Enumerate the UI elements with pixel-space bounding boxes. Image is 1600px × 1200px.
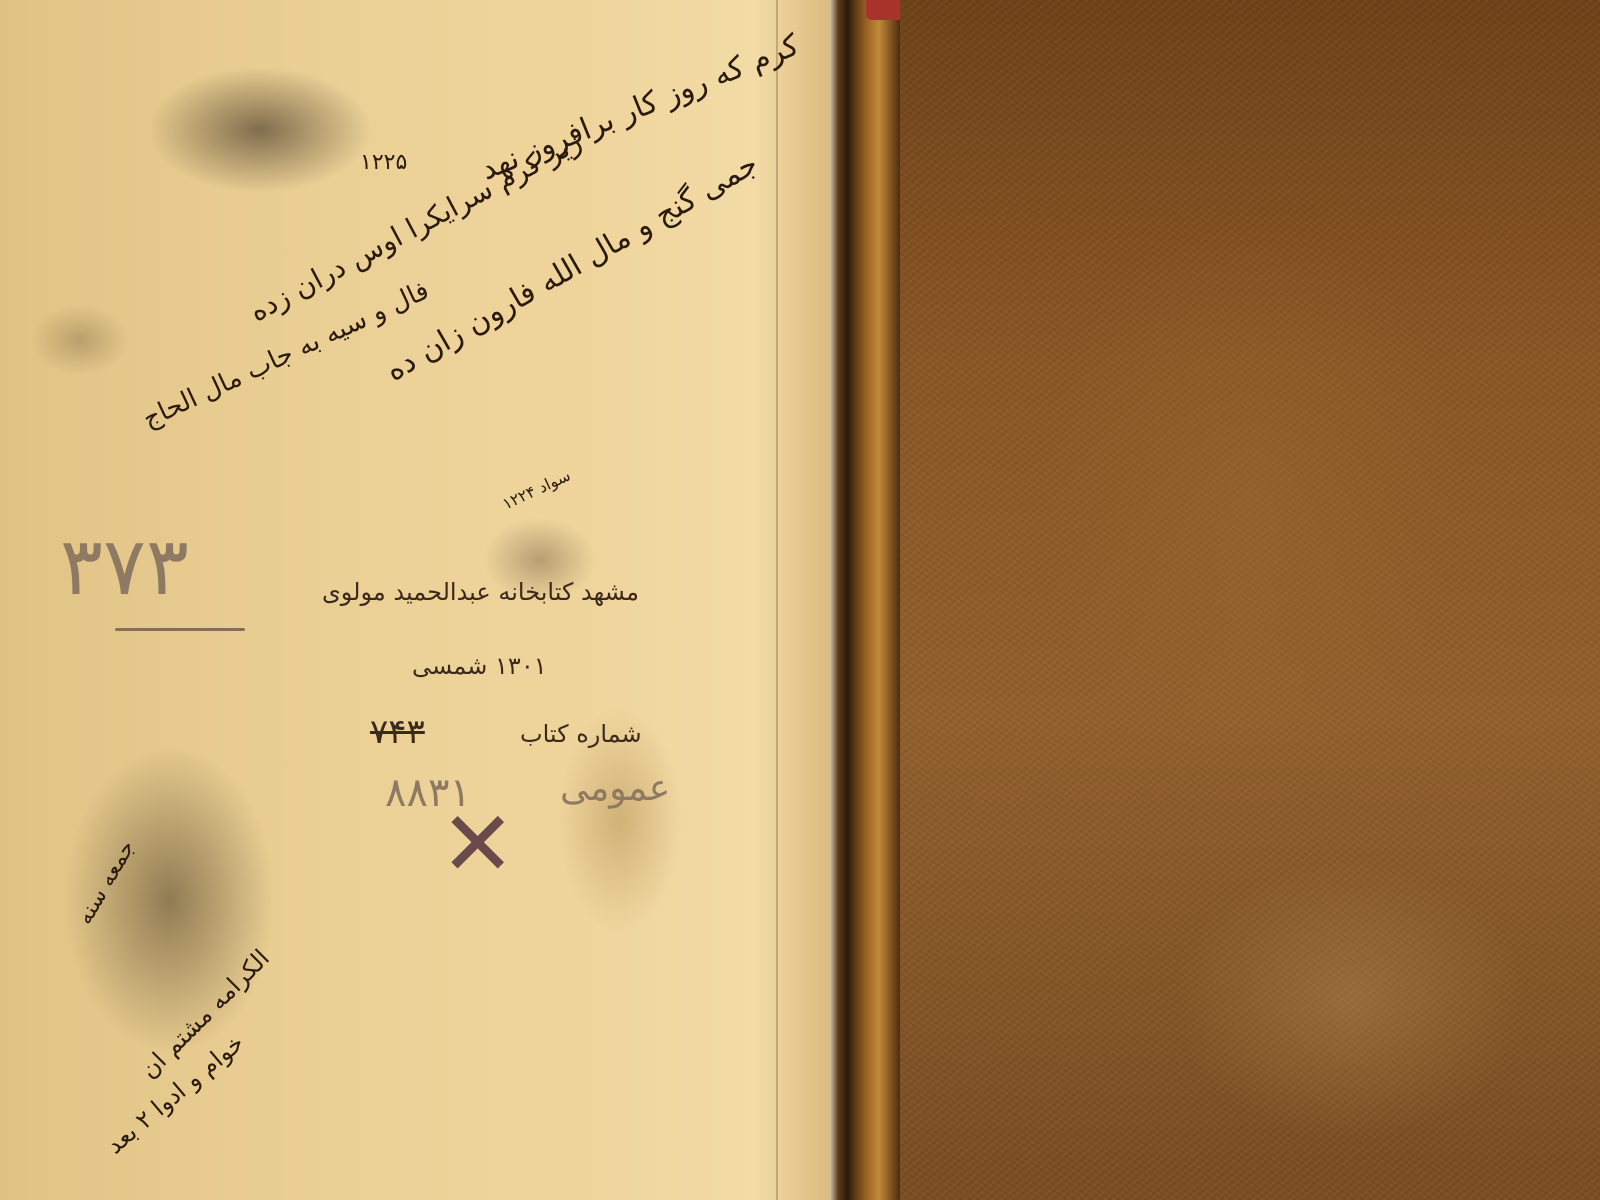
stamp-year: ۱۳۰۱ شمسی — [412, 652, 547, 680]
pencil-number: ۳۷۳ — [60, 520, 189, 613]
poem-line-2: جمی گنج و مال الله فارون زان ده — [380, 146, 764, 388]
top-date-note: ۱۲۲۵ — [360, 150, 407, 175]
pencil-underline — [115, 628, 245, 631]
stamp-book-number: ۷۴۳ — [370, 712, 425, 752]
page-fold-line — [776, 0, 778, 1200]
flyleaf-page: کرم که روز کار برافروز نهد جمی گنج و مال… — [0, 0, 840, 1200]
book-spine — [830, 0, 900, 1200]
leather-cover — [900, 0, 1600, 1200]
pencil-ref-label: عمومی — [560, 768, 670, 809]
bottom-note-1: جمعه سنه — [72, 836, 140, 929]
small-date-note: سواد ۱۲۲۴ — [499, 466, 573, 514]
library-stamp-line: مشهد کتابخانه عبدالحمید مولوی — [322, 578, 639, 606]
cross-mark: ✕ — [440, 800, 515, 890]
stamp-book-number-label: شماره کتاب — [520, 720, 642, 748]
